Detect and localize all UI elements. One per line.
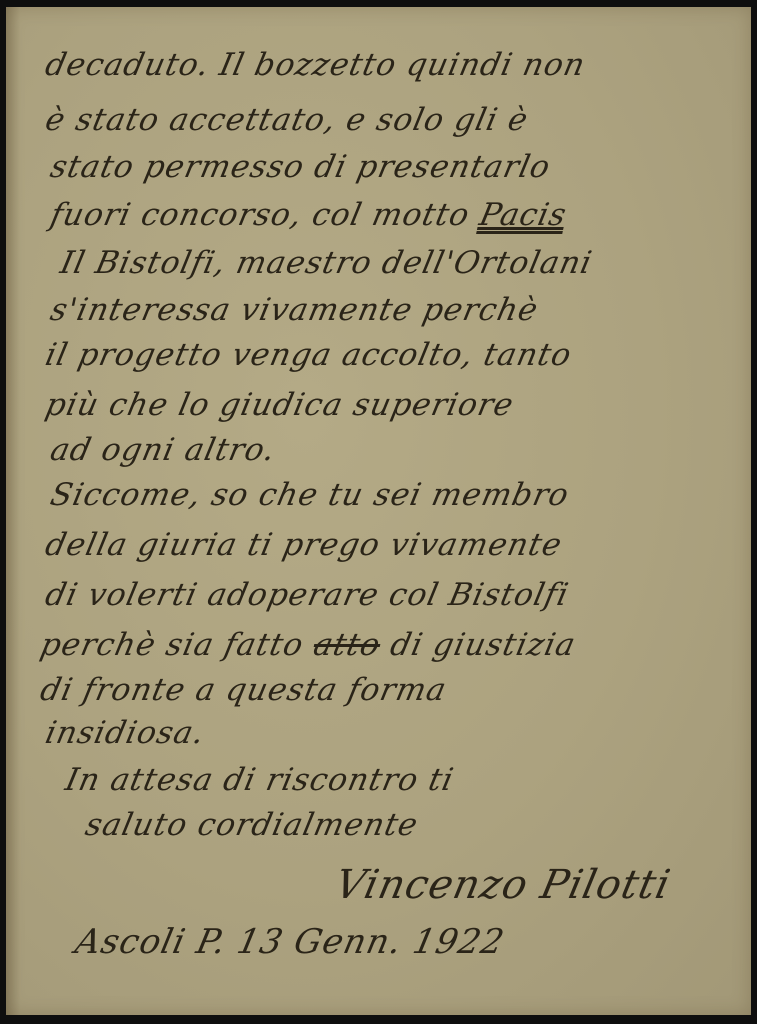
letter-line: della giuria ti prego vivamente (42, 527, 565, 563)
letter-line-text: perchè sia fatto (37, 627, 307, 663)
letter-line: In attesa di riscontro ti (62, 762, 457, 798)
letter-line: Siccome, so che tu sei membro (47, 477, 572, 513)
struck-word: atto (310, 627, 384, 663)
letter-line: Il Bistolfi, maestro dell'Ortolani (57, 245, 596, 281)
letter-line: ad ogni altro. (47, 432, 279, 468)
letter-line-text: fuori concorso, col motto (47, 197, 473, 233)
letter-line: di fronte a questa forma (37, 672, 450, 708)
letter-line: di volerti adoperare col Bistolfi (42, 577, 572, 613)
motto-text: Pacis (476, 197, 570, 233)
letter-line: s'interessa vivamente perchè (47, 292, 542, 328)
letter-line: saluto cordialmente (82, 807, 421, 843)
date-line: Ascoli P. 13 Genn. 1922 (72, 922, 508, 962)
letter-line: più che lo giudica superiore (42, 387, 517, 423)
letter-line: fuori concorso, col motto Pacis (47, 197, 570, 233)
letter-page: decaduto. Il bozzetto quindi non è stato… (6, 7, 751, 1015)
letter-line: stato permesso di presentarlo (47, 149, 554, 185)
letter-line: perchè sia fatto atto di giustizia (37, 627, 579, 663)
signature: Vincenzo Pilotti (331, 862, 675, 908)
letter-line: decaduto. Il bozzetto quindi non (42, 47, 589, 83)
letter-line: insidiosa. (42, 715, 208, 751)
letter-line: è stato accettato, e solo gli è (42, 102, 532, 138)
letter-line: il progetto venga accolto, tanto (42, 337, 575, 373)
letter-line-text: di giustizia (387, 627, 579, 663)
